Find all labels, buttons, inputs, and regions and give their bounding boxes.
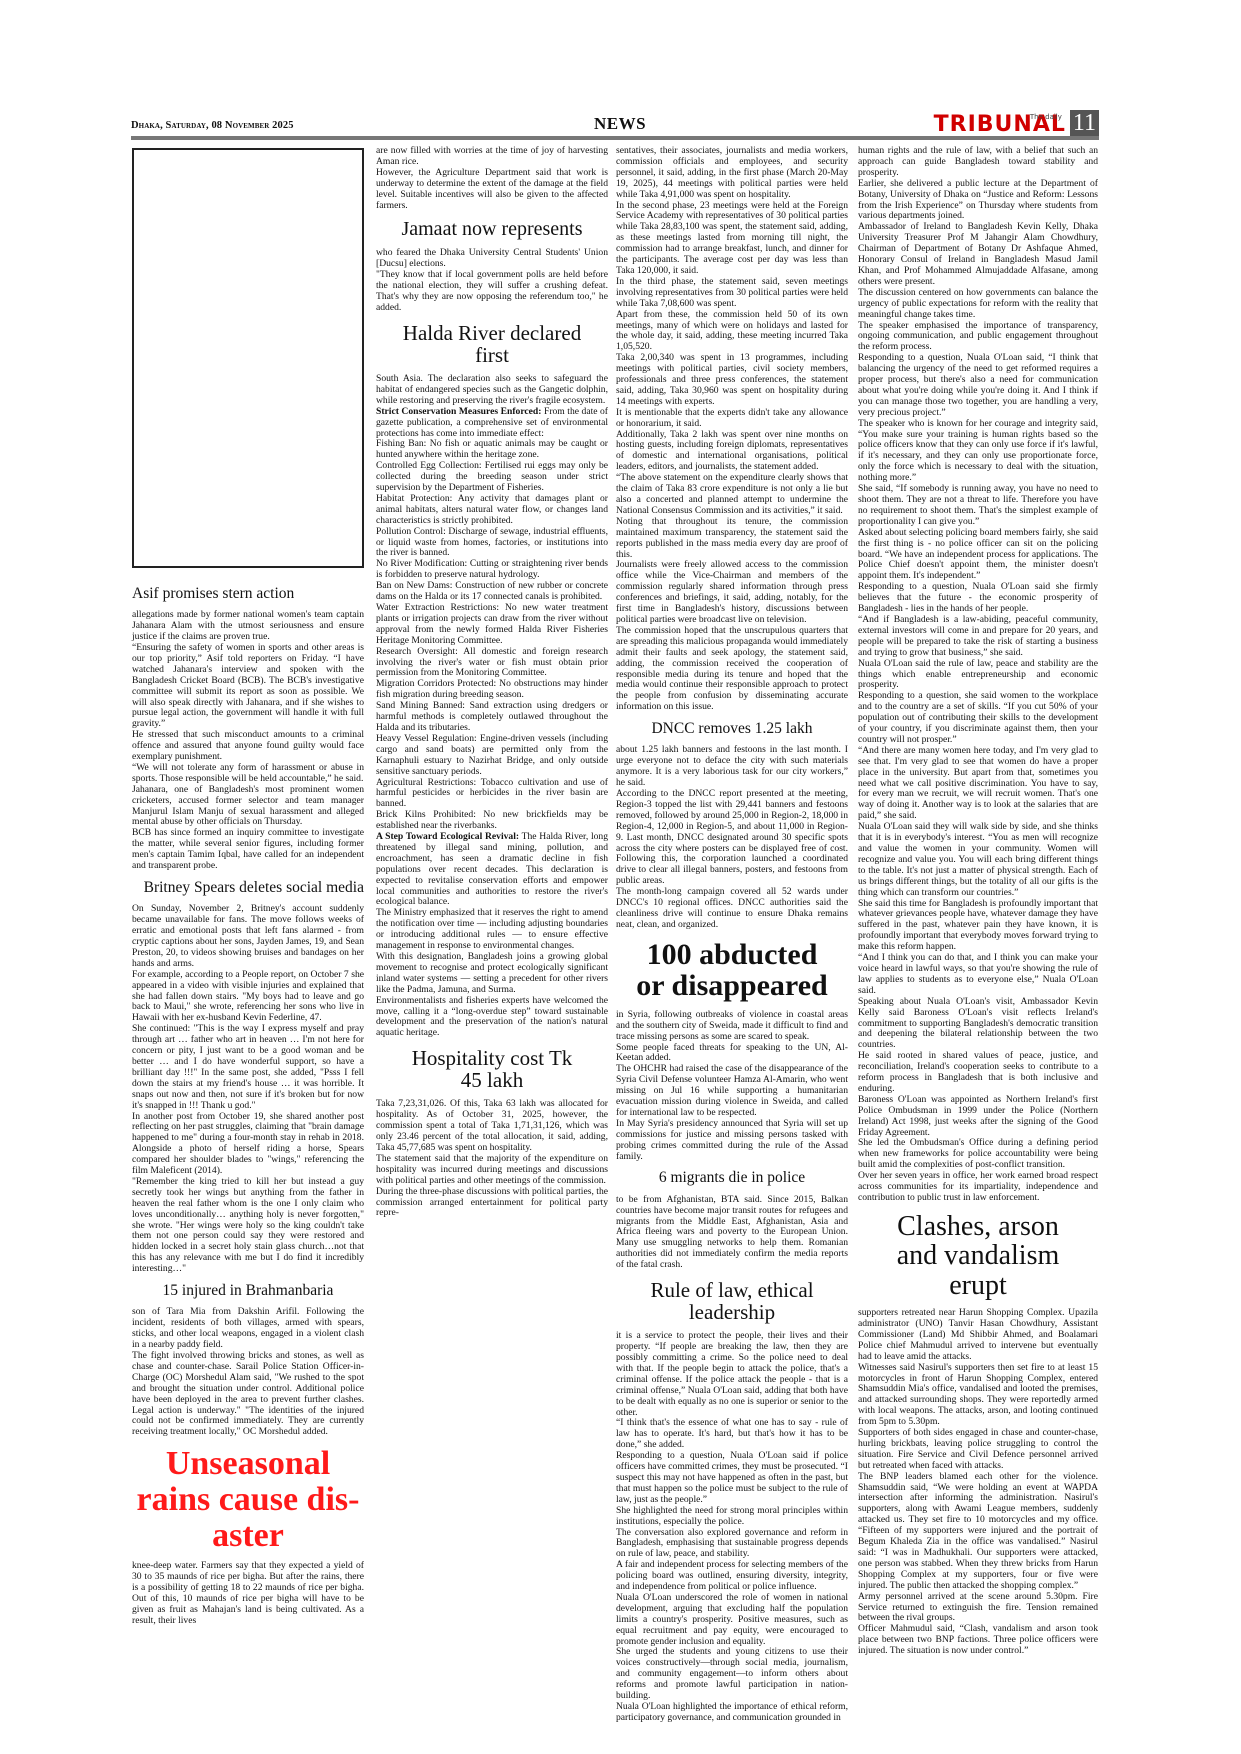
paragraph: Ban on New Dams: Construction of new rub… bbox=[376, 581, 608, 603]
paragraph: "They know that if local government poll… bbox=[376, 270, 608, 314]
paragraph: She said, “If somebody is running away, … bbox=[858, 484, 1098, 528]
paragraph: Sand Mining Banned: Sand extraction usin… bbox=[376, 701, 608, 734]
paragraph: Ambassador of Ireland to Bangladesh Kevi… bbox=[858, 222, 1098, 287]
headline: Rule of law, ethicalleadership bbox=[616, 1279, 848, 1323]
paragraph: Nuala O'Loan said they will walk side by… bbox=[858, 822, 1098, 898]
paragraph: According to the DNCC report presented a… bbox=[616, 789, 848, 887]
paragraph: Responding to a question, Nuala O'Loan s… bbox=[858, 353, 1098, 418]
article: Clashes, arsonand vandalismeruptsupporte… bbox=[858, 1212, 1098, 1657]
paragraph: Migration Corridors Protected: No obstru… bbox=[376, 679, 608, 701]
paragraph: For example, according to a People repor… bbox=[132, 970, 364, 1025]
headline: 15 injured in Brahmanbaria bbox=[132, 1283, 364, 1299]
paragraph: to be from Afghanistan, BTA said. Since … bbox=[616, 1195, 848, 1271]
headline: Britney Spears deletes social media bbox=[132, 880, 364, 896]
paragraph: Jahanara, one of Bangladesh's most promi… bbox=[132, 785, 364, 829]
masthead-rule bbox=[131, 136, 1099, 140]
paragraph: She said this time for Bangladesh is pro… bbox=[858, 899, 1098, 954]
paragraph: Environmentalists and fisheries experts … bbox=[376, 996, 608, 1040]
paragraph: Responding to a question, Nuala O'Loan s… bbox=[858, 582, 1098, 615]
paragraph: She led the Ombudsman's Office during a … bbox=[858, 1138, 1098, 1171]
logo-wordmark: The daily TRIBUNAL bbox=[934, 114, 1066, 136]
continuation-text: are now filled with worries at the time … bbox=[376, 146, 608, 211]
article: Unseasonalrains cause dis-asterknee-deep… bbox=[132, 1446, 364, 1627]
paragraph: No River Modification: Cutting or straig… bbox=[376, 559, 608, 581]
continuation-text: sentatives, their associates, journalist… bbox=[616, 146, 848, 713]
paragraph: The statement said that the majority of … bbox=[376, 1154, 608, 1187]
paragraph: He stressed that such misconduct amounts… bbox=[132, 730, 364, 763]
paragraph: A fair and independent process for selec… bbox=[616, 1560, 848, 1593]
paragraph: human rights and the rule of law, with a… bbox=[858, 146, 1098, 179]
article: 6 migrants die in policeto be from Afgha… bbox=[616, 1170, 848, 1271]
paragraph: Officer Mahmudul said, “Clash, vandalism… bbox=[858, 1624, 1098, 1657]
paragraph: Research Oversight: All domestic and for… bbox=[376, 647, 608, 680]
paragraph: Apart from these, the commission held 50… bbox=[616, 310, 848, 354]
paragraph: Nuala O'Loan highlighted the importance … bbox=[616, 1702, 848, 1724]
paragraph: Nuala O'Loan said the rule of law, peace… bbox=[858, 659, 1098, 692]
headline: Halda River declaredfirst bbox=[376, 322, 608, 366]
logo-tagline: The daily bbox=[1030, 106, 1062, 128]
headline: Unseasonalrains cause dis-aster bbox=[132, 1446, 364, 1553]
paragraph: knee-deep water. Farmers say that they e… bbox=[132, 1561, 364, 1626]
paragraph: South Asia. The declaration also seeks t… bbox=[376, 374, 608, 407]
headline: Jamaat now represents bbox=[376, 219, 608, 240]
article: Asif promises stern actionallegations ma… bbox=[132, 586, 364, 872]
paragraph: “And I think you can do that, and I thin… bbox=[858, 953, 1098, 997]
paragraph: “We will not tolerate any form of harass… bbox=[132, 763, 364, 785]
dateline: Dhaka, Saturday, 08 November 2025 bbox=[131, 120, 294, 131]
paragraph: The conversation also explored governanc… bbox=[616, 1528, 848, 1561]
paragraph: Taka 2,00,340 was spent in 13 programmes… bbox=[616, 353, 848, 408]
paragraph: Journalists were freely allowed access t… bbox=[616, 560, 848, 625]
paragraph: Supporters of both sides engaged in chas… bbox=[858, 1428, 1098, 1472]
paragraph: She highlighted the need for strong mora… bbox=[616, 1506, 848, 1528]
paragraph: The OHCHR had raised the case of the dis… bbox=[616, 1064, 848, 1119]
paragraph: allegations made by former national wome… bbox=[132, 610, 364, 643]
paragraph: “I think that's the essence of what one … bbox=[616, 1418, 848, 1451]
paragraph: Asked about selecting policing board mem… bbox=[858, 528, 1098, 583]
article: 15 injured in Brahmanbariason of Tara Mi… bbox=[132, 1283, 364, 1438]
paragraph: The Ministry emphasized that it reserves… bbox=[376, 908, 608, 952]
paragraph: The speaker emphasised the importance of… bbox=[858, 321, 1098, 354]
article: Halda River declaredfirstSouth Asia. The… bbox=[376, 322, 608, 1039]
paragraph: She continued: "This is the way I expres… bbox=[132, 1024, 364, 1111]
newspaper-page: Dhaka, Saturday, 08 November 2025 NEWS T… bbox=[0, 0, 1241, 1754]
paragraph: Over her seven years in office, her work… bbox=[858, 1171, 1098, 1204]
paragraph: Witnesses said Nasirul's supporters then… bbox=[858, 1363, 1098, 1428]
masthead: Dhaka, Saturday, 08 November 2025 NEWS T… bbox=[131, 108, 1099, 136]
paragraph: The commission hoped that the unscrupulo… bbox=[616, 626, 848, 713]
article: 100 abductedor disappearedin Syria, foll… bbox=[616, 939, 848, 1163]
headline: Asif promises stern action bbox=[132, 586, 364, 602]
article: DNCC removes 1.25 lakhabout 1.25 lakh ba… bbox=[616, 721, 848, 931]
paragraph: about 1.25 lakh banners and festoons in … bbox=[616, 745, 848, 789]
headline: DNCC removes 1.25 lakh bbox=[616, 721, 848, 737]
paragraph: in Syria, following outbreaks of violenc… bbox=[616, 1010, 848, 1043]
paragraph: who feared the Dhaka University Central … bbox=[376, 248, 608, 270]
paragraph: Speaking about Nuala O'Loan's visit, Amb… bbox=[858, 997, 1098, 1052]
paragraph: However, the Agriculture Department said… bbox=[376, 168, 608, 212]
paragraph: Responding to a question, she said women… bbox=[858, 691, 1098, 746]
paragraph: Baroness O'Loan was appointed as Norther… bbox=[858, 1095, 1098, 1139]
photo-placeholder bbox=[132, 148, 364, 568]
paragraph: “Ensuring the safety of women in sports … bbox=[132, 643, 364, 730]
paragraph: supporters retreated near Harun Shopping… bbox=[858, 1308, 1098, 1363]
paragraph: Strict Conservation Measures Enforced: F… bbox=[376, 407, 608, 440]
paragraph: Water Extraction Restrictions: No new wa… bbox=[376, 603, 608, 647]
paragraph: The speaker who is known for her courage… bbox=[858, 419, 1098, 484]
subhead: A Step Toward Ecological Revival: bbox=[376, 831, 519, 842]
paragraph: Heavy Vessel Regulation: Engine-driven v… bbox=[376, 734, 608, 778]
headline: Clashes, arsonand vandalismerupt bbox=[858, 1212, 1098, 1300]
paragraph: She urged the students and young citizen… bbox=[616, 1647, 848, 1702]
section-title: NEWS bbox=[594, 114, 646, 134]
paragraph: Army personnel arrived at the scene arou… bbox=[858, 1592, 1098, 1625]
headline: Hospitality cost Tk45 lakh bbox=[376, 1047, 608, 1091]
newspaper-logo: The daily TRIBUNAL 11 bbox=[934, 106, 1099, 136]
paragraph: Additionally, Taka 2 lakh was spent over… bbox=[616, 430, 848, 474]
paragraph: Agricultural Restrictions: Tobacco culti… bbox=[376, 778, 608, 811]
column-4: human rights and the rule of law, with a… bbox=[858, 146, 1098, 1657]
paragraph: Nuala O'Loan underscored the role of wom… bbox=[616, 1593, 848, 1648]
page-number: 11 bbox=[1070, 110, 1099, 136]
paragraph: Responding to a question, Nuala O'Loan s… bbox=[616, 1451, 848, 1506]
continuation-text: human rights and the rule of law, with a… bbox=[858, 146, 1098, 1204]
paragraph: are now filled with worries at the time … bbox=[376, 146, 608, 168]
paragraph: On Sunday, November 2, Britney's account… bbox=[132, 904, 364, 969]
paragraph: son of Tara Mia from Dakshin Arifil. Fol… bbox=[132, 1307, 364, 1351]
paragraph: In another post from October 19, she sha… bbox=[132, 1112, 364, 1177]
paragraph: The discussion centered on how governmen… bbox=[858, 288, 1098, 321]
paragraph: It is mentionable that the experts didn'… bbox=[616, 408, 848, 430]
paragraph: The fight involved throwing bricks and s… bbox=[132, 1351, 364, 1438]
paragraph: With this designation, Bangladesh joins … bbox=[376, 952, 608, 996]
paragraph: He said rooted in shared values of peace… bbox=[858, 1051, 1098, 1095]
paragraph: "Remember the king tried to kill her but… bbox=[132, 1177, 364, 1275]
column-2: are now filled with worries at the time … bbox=[376, 146, 608, 1219]
article: Britney Spears deletes social mediaOn Su… bbox=[132, 880, 364, 1275]
subhead: Strict Conservation Measures Enforced: bbox=[376, 406, 541, 417]
paragraph: BCB has since formed an inquiry committe… bbox=[132, 828, 364, 872]
paragraph: “And if Bangladesh is a law-abiding, pea… bbox=[858, 615, 1098, 659]
paragraph: Taka 7,23,31,026. Of this, Taka 63 lakh … bbox=[376, 1099, 608, 1154]
paragraph: Some people faced threats for speaking t… bbox=[616, 1043, 848, 1065]
paragraph: In the third phase, the statement said, … bbox=[616, 277, 848, 310]
paragraph: it is a service to protect the people, t… bbox=[616, 1331, 848, 1418]
paragraph: In the second phase, 23 meetings were he… bbox=[616, 201, 848, 277]
article: Jamaat now representswho feared the Dhak… bbox=[376, 219, 608, 313]
paragraph: Noting that throughout its tenure, the c… bbox=[616, 517, 848, 561]
paragraph: Habitat Protection: Any activity that da… bbox=[376, 494, 608, 527]
paragraph: During the three-phase discussions with … bbox=[376, 1187, 608, 1220]
paragraph: Earlier, she delivered a public lecture … bbox=[858, 179, 1098, 223]
paragraph: Brick Kilns Prohibited: No new brickfiel… bbox=[376, 810, 608, 832]
column-1: Asif promises stern actionallegations ma… bbox=[132, 146, 364, 1627]
article: Rule of law, ethicalleadershipit is a se… bbox=[616, 1279, 848, 1724]
paragraph: “The above statement on the expenditure … bbox=[616, 473, 848, 517]
paragraph: In May Syria's presidency announced that… bbox=[616, 1119, 848, 1163]
paragraph: A Step Toward Ecological Revival: The Ha… bbox=[376, 832, 608, 908]
paragraph: The BNP leaders blamed each other for th… bbox=[858, 1472, 1098, 1592]
paragraph: Controlled Egg Collection: Fertilised ru… bbox=[376, 461, 608, 494]
headline: 6 migrants die in police bbox=[616, 1170, 848, 1186]
paragraph: Pollution Control: Discharge of sewage, … bbox=[376, 527, 608, 560]
article: Hospitality cost Tk45 lakhTaka 7,23,31,0… bbox=[376, 1047, 608, 1219]
paragraph: sentatives, their associates, journalist… bbox=[616, 146, 848, 201]
paragraph: Fishing Ban: No fish or aquatic animals … bbox=[376, 439, 608, 461]
headline: 100 abductedor disappeared bbox=[616, 939, 848, 1002]
paragraph: The month-long campaign covered all 52 w… bbox=[616, 887, 848, 931]
paragraph: “And there are many women here today, an… bbox=[858, 746, 1098, 822]
column-3: sentatives, their associates, journalist… bbox=[616, 146, 848, 1724]
